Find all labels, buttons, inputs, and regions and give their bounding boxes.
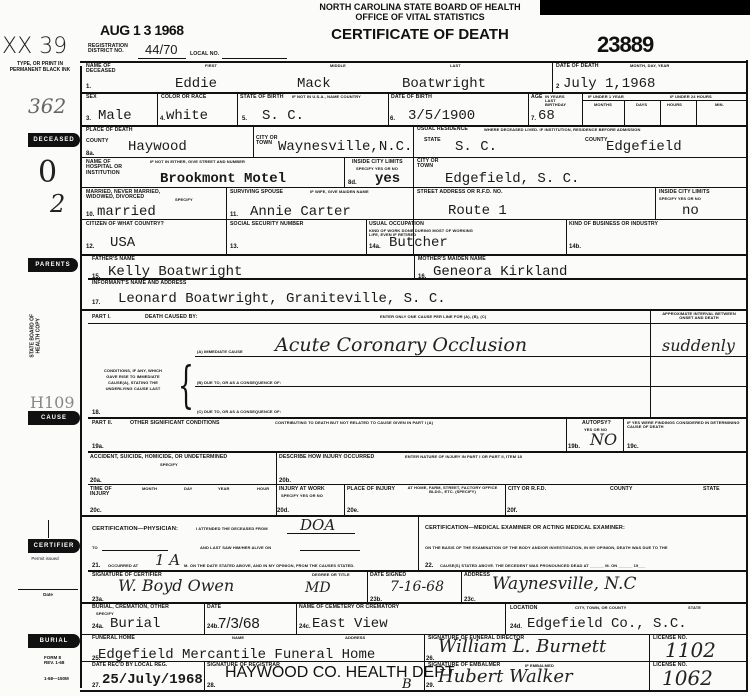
field-num-20d: 20d. [277,508,289,514]
residence-label: USUAL RESIDENCE [417,127,468,132]
field-num-7: 7. [531,116,536,122]
mother-label: MOTHER'S MAIDEN NAME [418,257,486,262]
field-num-24d: 24d. [510,624,522,630]
divider [388,92,389,126]
injury-at-work-sub: SPECIFY YES OR NO [281,494,323,498]
divider [80,661,748,662]
dob-label: DATE OF BIRTH [391,95,432,100]
res-city-label: CITY OR TOWN [417,159,439,170]
residence-sub: WHERE DECEASED LIVED. IF INSTITUTION, RE… [484,128,641,132]
divider [80,634,748,635]
part1-label: PART I. [92,315,111,320]
date-of-death-label: DATE OF DEATH [556,64,599,69]
last-label: LAST [450,64,461,68]
field-num-17: 17. [92,300,100,306]
divider [237,92,238,126]
funeral-home-name-label: NAME [232,636,244,640]
document-title: CERTIFICATE OF DEATH [290,27,550,42]
divider [582,92,583,126]
embalmer-signature: Hubert Walker [438,668,573,686]
age-sub: IN YEARS LAST BIRTHDAY [545,95,575,108]
marital-sub: SPECIFY [175,198,193,202]
res-county-label: COUNTY [585,138,608,143]
field-num-27: 27. [92,683,100,689]
embalmer-license: 1062 [662,668,713,688]
mother-name: Geneora Kirkland [433,265,567,279]
field-num-3: 3. [86,116,91,122]
divider [413,187,748,188]
hospital-name: Brookmont Motel [160,172,286,186]
section-divider [80,515,748,517]
occurred-time: 1 A [155,553,180,568]
sex-value: Male [98,109,132,123]
hour-label: HOUR [257,487,269,491]
divider [195,356,748,357]
burial-method: Burial [110,617,160,631]
race-label: COLOR OR RACE [161,95,206,100]
pod-county-label: COUNTY [86,139,109,144]
print-info: 1-68—150M [44,676,84,681]
due-to-b-label: (b) DUE TO, OR AS A CONSEQUENCE OF: [197,381,281,385]
date-label: Date [18,592,78,597]
ink-instructions: TYPE, OR PRINT IN PERMANENT BLACK INK [4,62,76,74]
burial-date-label: DATE [207,605,221,610]
informant-label: INFORMANT'S NAME AND ADDRESS [92,281,186,286]
res-city: Edgefield, S. C. [445,172,579,186]
divider [650,309,651,417]
citizen-country: USA [110,236,135,250]
race-value: white [166,109,208,123]
burial-location: Edgefield Co., S.C. [527,617,687,631]
location-label: LOCATION [510,606,538,611]
field-num-22: 22. [425,563,433,569]
row-divider [88,570,748,572]
field-num-19b: 19b. [568,444,580,450]
tab-cause: CAUSE [28,411,80,425]
birth-state-sub: IF NOT IN U.S.A., NAME COUNTRY [292,95,362,99]
day-label: DAY [184,487,192,491]
month-label: MONTH [142,487,157,491]
age-value: 68 [538,109,555,123]
deceased-last-name: Boatwright [402,77,486,91]
divider [461,570,462,602]
divider [655,187,656,219]
place-of-injury-label: PLACE OF INJURY [347,487,395,492]
divider [552,61,553,92]
divider [566,417,567,451]
registration-label: REGISTRATION DISTRICT NO. [88,44,143,55]
describe-injury-label: DESCRIBE HOW INJURY OCCURRED [279,455,374,460]
divider [505,484,506,515]
divider [157,92,158,126]
field-num-24a: 24a. [92,624,104,630]
tab-parents: PARENTS [28,258,78,272]
under-24-label: IF UNDER 24 HOURS [670,95,712,99]
pod-inside-limits: yes [375,172,400,186]
margin-code-362: 362 [28,96,66,116]
father-name: Kelly Boatwright [108,265,242,279]
row-divider [88,451,748,453]
divider [344,484,345,515]
divider [418,515,419,570]
rec-date-label: DATE REC'D BY LOCAL REG. [92,663,167,668]
field-num-4: 4. [160,116,165,122]
divider [582,100,748,101]
field-num-24c: 24c. [299,624,311,630]
field-num-8d: 8d. [348,180,357,186]
date-of-death-sub: MONTH, DAY, YEAR [630,64,669,68]
registration-underline [138,58,186,59]
deceased-first-name: Eddie [175,77,217,91]
marital-label: MARRIED, NEVER MARRIED, WIDOWED, DIVORCE… [86,190,166,201]
autopsy-label: AUTOPSY? [582,421,611,426]
degree-label: DEGREE OR TITLE [312,573,350,577]
field-num-20c: 20c. [90,508,102,514]
divider [528,92,529,126]
injury-state-label: STATE [703,487,720,492]
degree-value: MD [305,581,331,595]
divider [204,661,205,690]
interval-label: APPROXIMATE INTERVAL BETWEEN ONSET AND D… [655,312,743,320]
margin-tick [48,520,49,538]
divider [276,451,277,515]
birth-state: S. C. [262,109,304,123]
rec-date: 25/July/1968 [102,673,203,687]
min-label: MIN. [715,103,724,107]
field-num-11: 11. [230,212,238,218]
agency-line-1: NORTH CAROLINA STATE BOARD OF HEALTH [300,3,540,12]
citizen-label: CITIZEN OF WHAT COUNTRY? [86,222,164,227]
certificate-number: 23889 [597,32,653,58]
divider [623,417,624,451]
divider [566,219,567,255]
row-divider [88,278,748,280]
cemetery-label: NAME OF CEMETERY OR CREMATORY [299,605,399,610]
other-conditions-sub: CONTRIBUTING TO DEATH BUT NOT RELATED TO… [275,421,433,425]
divider [413,157,748,158]
pod-city-label: CITY OR TOWN [256,136,278,147]
divider [253,125,254,157]
brace: { [178,360,194,410]
field-num-10: 10. [86,212,94,218]
res-inside-limits-sub: SPECIFY YES OR NO [659,197,701,201]
field-num-19c: 19c. [627,444,639,450]
certifier-address-label: ADDRESS [464,573,490,578]
row-divider [88,417,748,419]
place-of-death-label: PLACE OF DEATH [86,128,133,133]
place-of-injury-sub: AT HOME, FARM, STREET, FACTORY OFFICE BL… [400,486,505,494]
field-num-13: 13. [230,244,238,250]
section-divider [80,309,748,311]
ssn-label: SOCIAL SECURITY NUMBER [230,222,304,227]
field-num-1: 1. [86,84,91,90]
age-label: AGE [531,95,543,100]
res-inside-limits: no [682,204,699,218]
field-num-12: 12. [86,244,94,250]
registrar-initial: B [402,677,412,692]
me-cert-label: CERTIFICATION—MEDICAL EXAMINER OR ACTING… [425,526,625,532]
field-num-21: 21. [92,563,100,569]
tab-burial: BURIAL [28,634,80,648]
row-divider [80,125,748,127]
first-label: FIRST [205,64,217,68]
tab-certifier: CERTIFIER [28,539,80,553]
burial-date: 7/3/68 [218,616,260,631]
one-cause-note: ENTER ONLY ONE CAUSE PER LINE FOR (a), (… [380,315,486,319]
divider [195,386,748,387]
attended-label: I ATTENDED THE DECEASED FROM [196,527,268,531]
field-num-18: 18. [92,410,100,416]
director-signature: William L. Burnett [438,638,606,656]
field-num-28: 28. [207,683,215,689]
redaction-bar [540,0,750,15]
date-of-birth: 3/5/1900 [408,109,475,123]
res-county: Edgefield [606,140,682,154]
accident-label: ACCIDENT, SUICIDE, HOMICIDE, OR UNDETERM… [90,455,227,460]
field-num-5: 5. [242,116,247,122]
field-num-2: 2 [556,84,559,90]
permit-issued-label: Permit issued [20,556,70,561]
conditions-note: CONDITIONS, IF ANY, WHICH GAVE RISE TO I… [103,368,163,392]
divider [660,100,661,126]
pod-city: Waynesville,N.C. [278,140,412,154]
physician-cert-label: CERTIFICATION—PHYSICIAN: [92,526,178,532]
funeral-home-address-label: ADDRESS [345,636,365,640]
funeral-home: Edgefield Mercantile Funeral Home [98,648,375,662]
hours-label: HOURS [667,103,682,107]
res-inside-limits-label: INSIDE CITY LIMITS [659,190,710,195]
autopsy-value: NO [590,432,617,448]
year-label: YEAR [218,487,230,491]
margin-code-h109: H109 [30,395,75,411]
spouse-label: SURVIVING SPOUSE [230,190,283,195]
me-text-2: CAUSE(S) STATED ABOVE. THE DECEDENT WAS … [440,564,645,568]
divider [344,157,345,187]
divider [80,157,413,158]
local-no-underline [222,58,287,59]
divider [696,100,697,126]
certifier-address: Waynesville, N.C [492,576,636,593]
occurred-label: OCCURRED AT [108,564,138,568]
agency-line-2: OFFICE OF VITAL STATISTICS [300,13,540,22]
time-of-injury-label: TIME OF INJURY [90,487,120,498]
immediate-cause-label: (a) IMMEDIATE CAUSE [197,350,243,354]
divider [204,602,205,634]
form-info: FORM 8 REV. 1-68 [44,655,70,665]
director-license: 1102 [665,640,716,660]
frame-right [746,60,748,690]
cemetery-name: East View [312,617,388,631]
me-text: ON THE BASIS OF THE EXAMINATION OF THE B… [425,546,668,550]
occupation-label: USUAL OCCUPATION [369,222,424,227]
injury-city-label: CITY OR R.F.D. [508,487,546,492]
state-board-copy: STATE BOARD OF HEALTH COPY [30,306,42,366]
divider [624,100,625,126]
section-divider [80,602,748,604]
registrar-stamp: HAYWOOD CO. HEALTH DEPT [225,664,455,682]
funeral-home-label: FUNERAL HOME [92,636,135,641]
birth-state-label: STATE OF BIRTH [240,95,284,100]
to-label: TO [92,546,98,550]
pod-inside-limits-label: INSIDE CITY LIMITS [352,160,403,165]
immediate-cause: Acute Coronary Occlusion [275,336,527,355]
hospital-label: NAME OF HOSPITAL OR INSTITUTION [86,160,136,176]
attended-from: DOA [300,518,335,533]
spouse-sub: IF WIFE, GIVE MAIDEN NAME [310,190,369,194]
findings-label: IF YES WERE FINDINGS CONSIDERED IN DETER… [627,421,745,429]
last-saw-label: AND LAST SAW HIM/HER ALIVE ON [200,546,271,550]
divider [367,570,368,602]
last-saw-underline [300,550,360,551]
res-state: S. C. [455,140,497,154]
business-label: KIND OF BUSINESS OR INDUSTRY [569,222,658,227]
received-stamp-date: AUG 1 3 1968 [100,22,184,38]
other-conditions-label: OTHER SIGNIFICANT CONDITIONS [130,421,220,426]
accident-sub: SPECIFY [160,463,178,467]
field-num-20f: 20f. [507,508,517,514]
name-label: NAME OF DECEASED [86,64,122,75]
date-signed: 7-16-68 [390,580,444,594]
occupation: Butcher [389,236,448,250]
divider [505,602,506,634]
margin-code-0: 0 [38,158,57,188]
middle-label: MIDDLE [330,64,346,68]
pod-county: Haywood [128,140,187,154]
onset-interval: suddenly [662,338,735,354]
location-state-label: STATE [688,606,701,610]
res-state-label: STATE [424,138,441,143]
days-label: DAYS [636,103,647,107]
divider [80,219,748,220]
marital-status: married [97,205,156,219]
frame-bottom [80,690,748,692]
injury-at-work-label: INJURY AT WORK [279,487,325,492]
local-no-label: LOCAL NO. [190,52,219,57]
registration-district: 44/70 [145,43,178,56]
sex-label: SEX [86,95,97,100]
field-num-14a: 14a. [369,244,381,250]
father-label: FATHER'S NAME [92,257,135,262]
hospital-sub: IF NOT IN EITHER, GIVE STREET AND NUMBER [150,160,245,164]
res-street-label: STREET ADDRESS OR R.F.D. No. [417,190,503,195]
tab-deceased: DECEASED [28,133,80,147]
deceased-middle-name: Mack [297,77,331,91]
describe-injury-sub: ENTER NATURE OF INJURY IN PART I OR PART… [405,455,522,459]
margin-note-xx39: XX 39 [2,36,67,58]
frame-left [80,66,82,688]
injury-county-label: COUNTY [610,487,633,492]
location-sub: CITY, TOWN, OR COUNTY [575,606,626,610]
field-num-6: 6. [390,116,395,122]
divider [414,254,415,278]
attended-underline [287,533,355,534]
margin-code-2: 2 [50,192,65,216]
date-of-death: July 1,1968 [563,77,655,91]
field-num-14b: 14b. [569,244,581,250]
due-to-c-label: (c) DUE TO, OR AS A CONSEQUENCE OF: [197,410,281,414]
date-underline [18,589,78,590]
divider [296,602,297,634]
burial-method-label: BURIAL, CREMATION, OTHER [92,605,169,610]
divider [366,219,367,255]
divider [88,323,748,324]
death-caused-label: DEATH CAUSED BY: [145,315,197,320]
date-signed-label: DATE SIGNED [370,573,406,578]
informant: Leonard Boatwright, Graniteville, S. C. [118,292,446,306]
divider [226,187,227,255]
months-label: MONTHS [594,103,612,107]
occurred-rest: M. ON THE DATE STATED ABOVE, AND IN MY O… [184,564,355,568]
divider [80,187,413,188]
field-num-29: 29. [426,683,434,689]
field-num-20e: 20e. [347,508,359,514]
spouse-name: Annie Carter [250,205,351,219]
part2-label: PART II. [92,421,112,426]
res-street: Route 1 [448,204,507,218]
field-num-19a: 19a. [92,444,104,450]
under-1-label: IF UNDER 1 YEAR [588,95,624,99]
divider [649,634,650,690]
certifier-signature: W. Boyd Owen [118,578,234,594]
